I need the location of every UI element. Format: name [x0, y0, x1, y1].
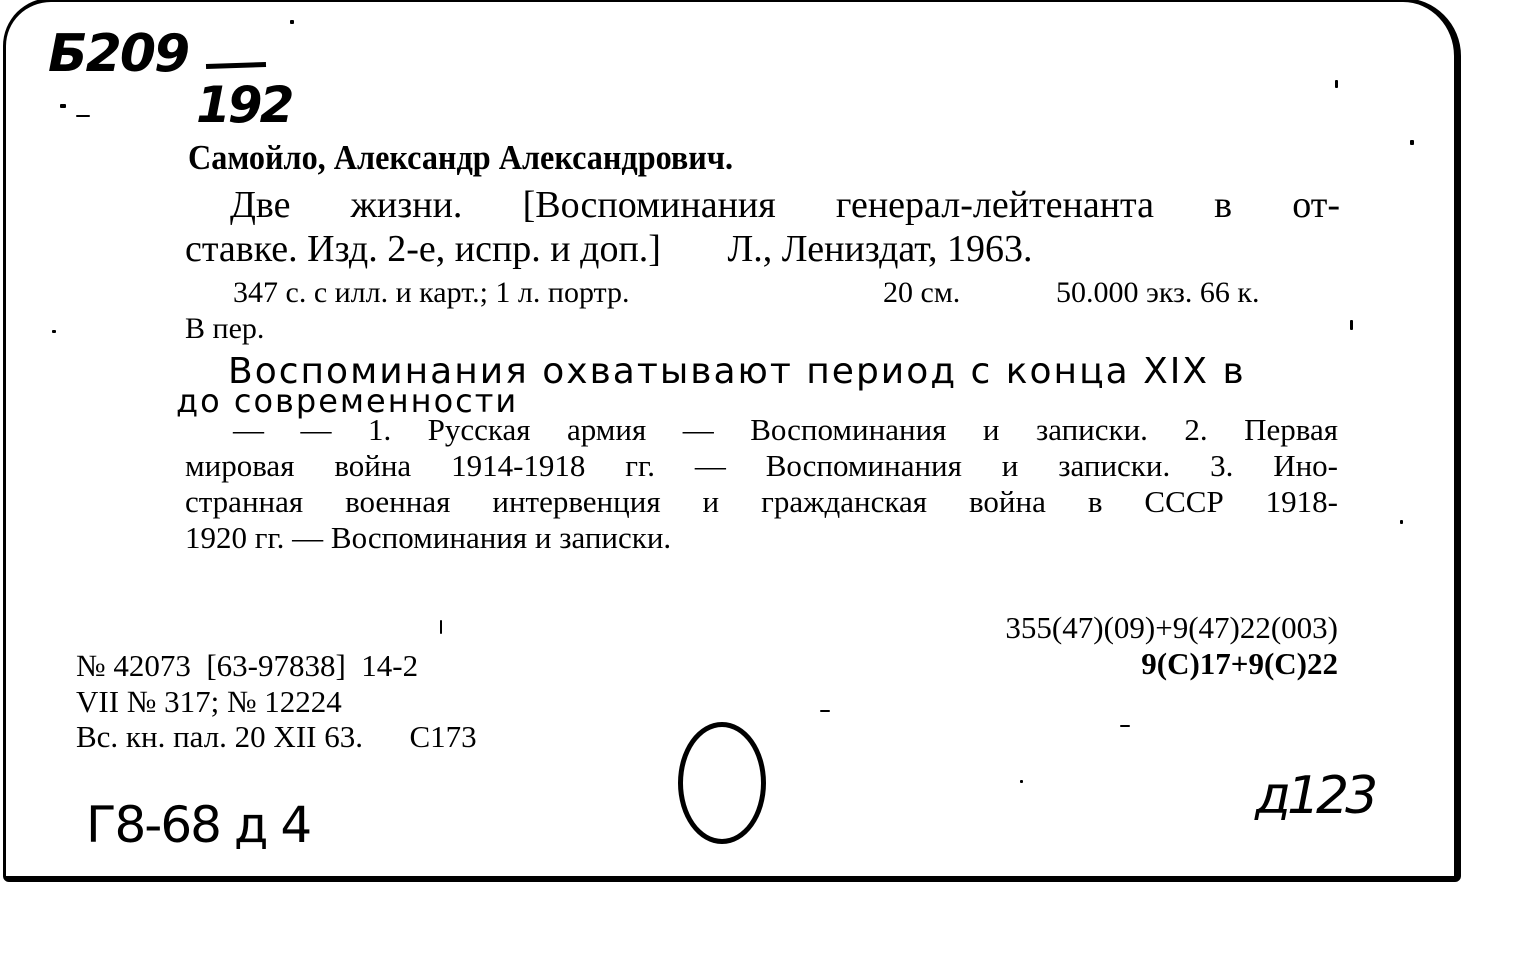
speck: [1400, 520, 1403, 524]
speck: [820, 710, 830, 712]
speck: [60, 104, 66, 108]
shelf-mark-top: Б209: [48, 28, 188, 80]
subject-line-4: 1920 гг. — Воспоминания и записки.: [185, 522, 1338, 558]
collation-binding: В пер.: [185, 314, 264, 344]
title-text-1: Две жизни. [Воспоминания генерал-лейтена…: [185, 186, 1340, 224]
speck: [290, 20, 294, 24]
classification-line-1: 355(47)(09)+9(47)22(003): [1005, 612, 1338, 643]
record-number-line-3: Вс. кн. пал. 20 XII 63. С173: [76, 721, 477, 752]
collation-size: 20 см.: [883, 278, 960, 308]
handwritten-bottom-left: Г8-68 д 4: [86, 800, 310, 850]
record-number-line-2: VII № 317; № 12224: [76, 686, 342, 717]
author-heading: Самойло, Александр Александрович.: [188, 140, 733, 175]
shelf-mark-bottom: 192: [196, 80, 291, 130]
speck: [52, 330, 56, 333]
collation-pages: 347 с. с илл. и карт.; 1 л. портр.: [233, 278, 630, 308]
collation-print-run: 50.000 экз. 66 к.: [1056, 278, 1259, 308]
punch-hole-circle: [678, 722, 766, 844]
title-line-2: ставке. Изд. 2-е, испр. и доп.] Л., Лени…: [185, 230, 1033, 268]
subject-line-3: странная военная интервенция и гражданск…: [185, 486, 1338, 522]
record-number-line-1: № 42073 [63-97838] 14-2: [76, 650, 418, 681]
subject-line-2: мировая война 1914-1918 гг. — Воспоминан…: [185, 450, 1338, 486]
speck: [1350, 320, 1353, 330]
speck: [76, 115, 90, 117]
subjects-block: — — 1. Русская армия — Воспоминания и за…: [185, 414, 1338, 558]
handwritten-bottom-right: д123: [1255, 770, 1374, 822]
speck: [1120, 725, 1130, 727]
speck: [1335, 80, 1338, 88]
subject-line-1: — — 1. Русская армия — Воспоминания и за…: [185, 414, 1338, 450]
title-line-1: Две жизни. [Воспоминания генерал-лейтена…: [185, 186, 1340, 224]
speck: [1020, 780, 1023, 783]
speck: [440, 620, 442, 634]
classification-line-2: 9(С)17+9(С)22: [1141, 648, 1338, 679]
speck: [1410, 140, 1414, 145]
